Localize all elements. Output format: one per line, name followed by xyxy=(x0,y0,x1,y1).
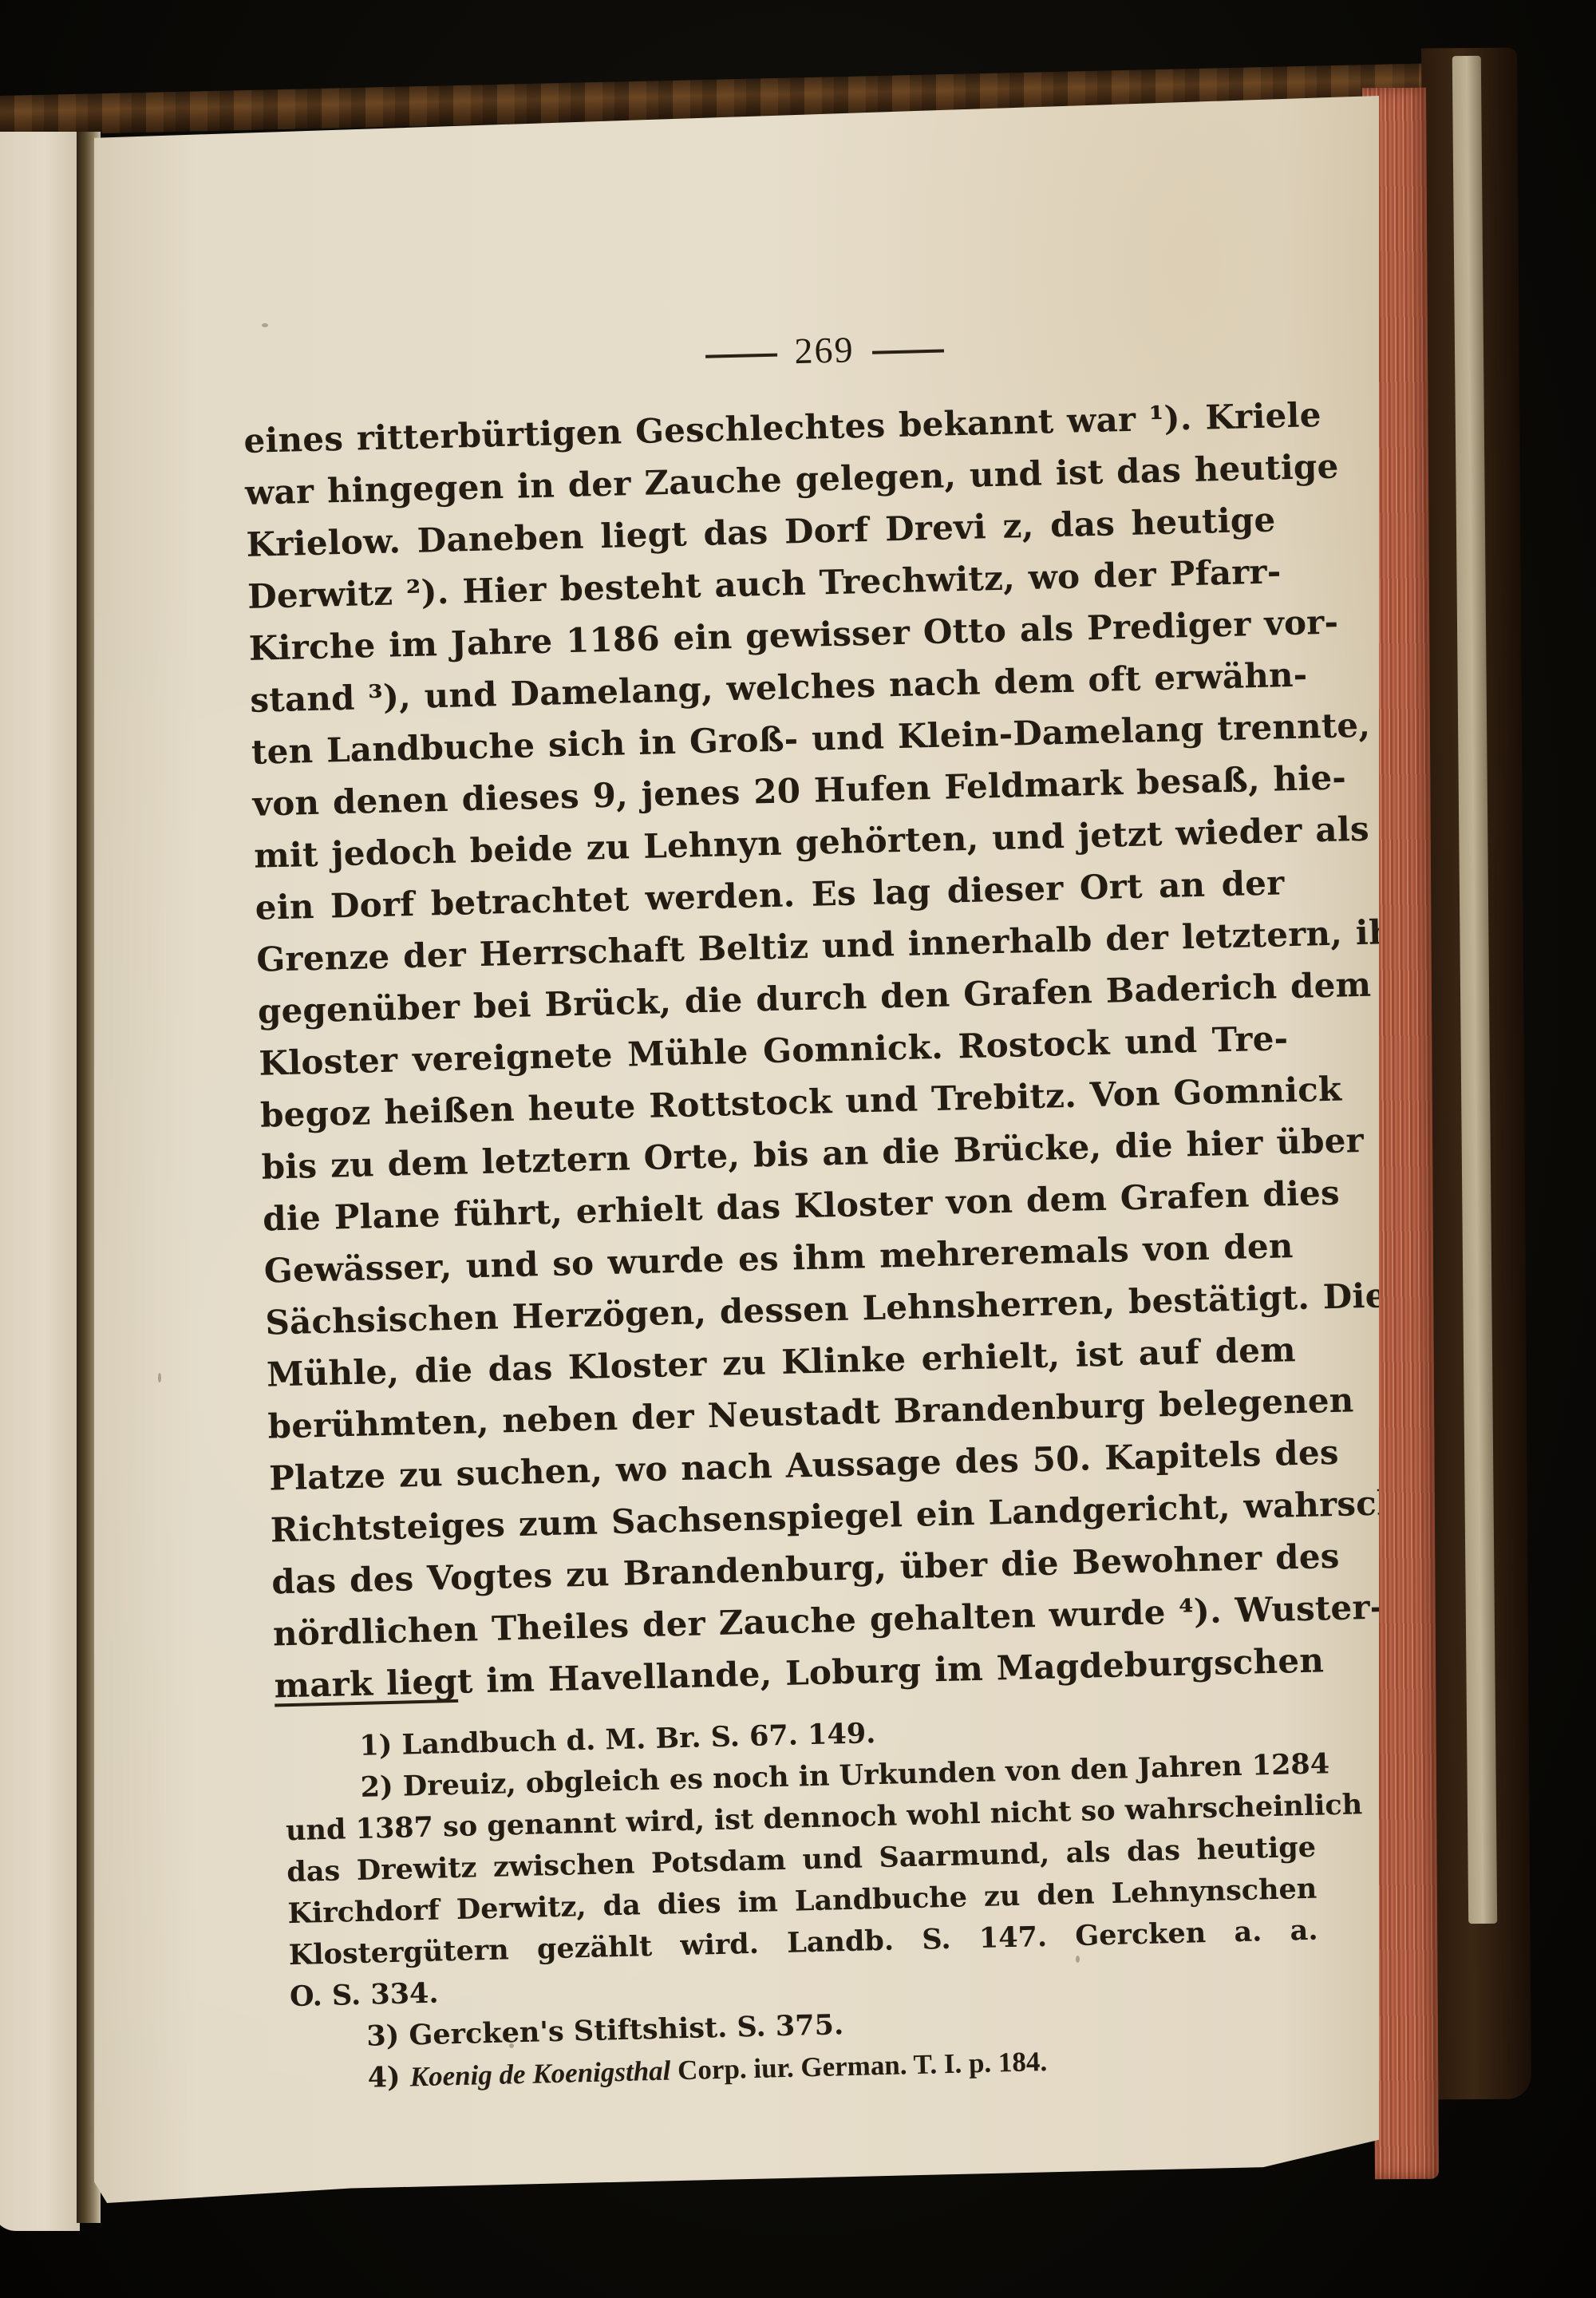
footnote-text: Gercken's Stiftshist. S. 375. xyxy=(409,2008,844,2051)
left-facing-page xyxy=(0,132,80,2231)
paper-speck xyxy=(262,323,268,327)
scan-scene: 269 eines ritterbürtigen Geschlechtes be… xyxy=(0,0,1596,2298)
body-text: eines ritterbürtigen Geschlechtes bekann… xyxy=(243,390,1304,1711)
footnote-citation: Corp. iur. German. T. I. p. 184. xyxy=(670,2046,1048,2086)
footnote-marker: 4) xyxy=(367,2061,401,2094)
footnote-text: Landbuch d. M. Br. S. 67. 149. xyxy=(401,1717,876,1761)
footnote-marker: 2) xyxy=(360,1770,393,1804)
footnote-author: Koenig de Koenigsthal xyxy=(409,2055,671,2093)
header-dash-right xyxy=(871,350,943,354)
header-dash-left xyxy=(705,354,777,358)
page-number: 269 xyxy=(794,329,855,371)
page-header: 269 xyxy=(600,323,1048,377)
book-page: 269 eines ritterbürtigen Geschlechtes be… xyxy=(94,96,1379,2203)
footnotes: 1) Landbuch d. M. Br. S. 67. 149. 2) Dre… xyxy=(283,1703,1321,2101)
paper-speck xyxy=(158,1373,161,1382)
footnote-marker: 3) xyxy=(366,2019,400,2053)
page-content: 269 eines ritterbürtigen Geschlechtes be… xyxy=(242,334,1271,359)
footnote-marker: 1) xyxy=(359,1729,393,1762)
